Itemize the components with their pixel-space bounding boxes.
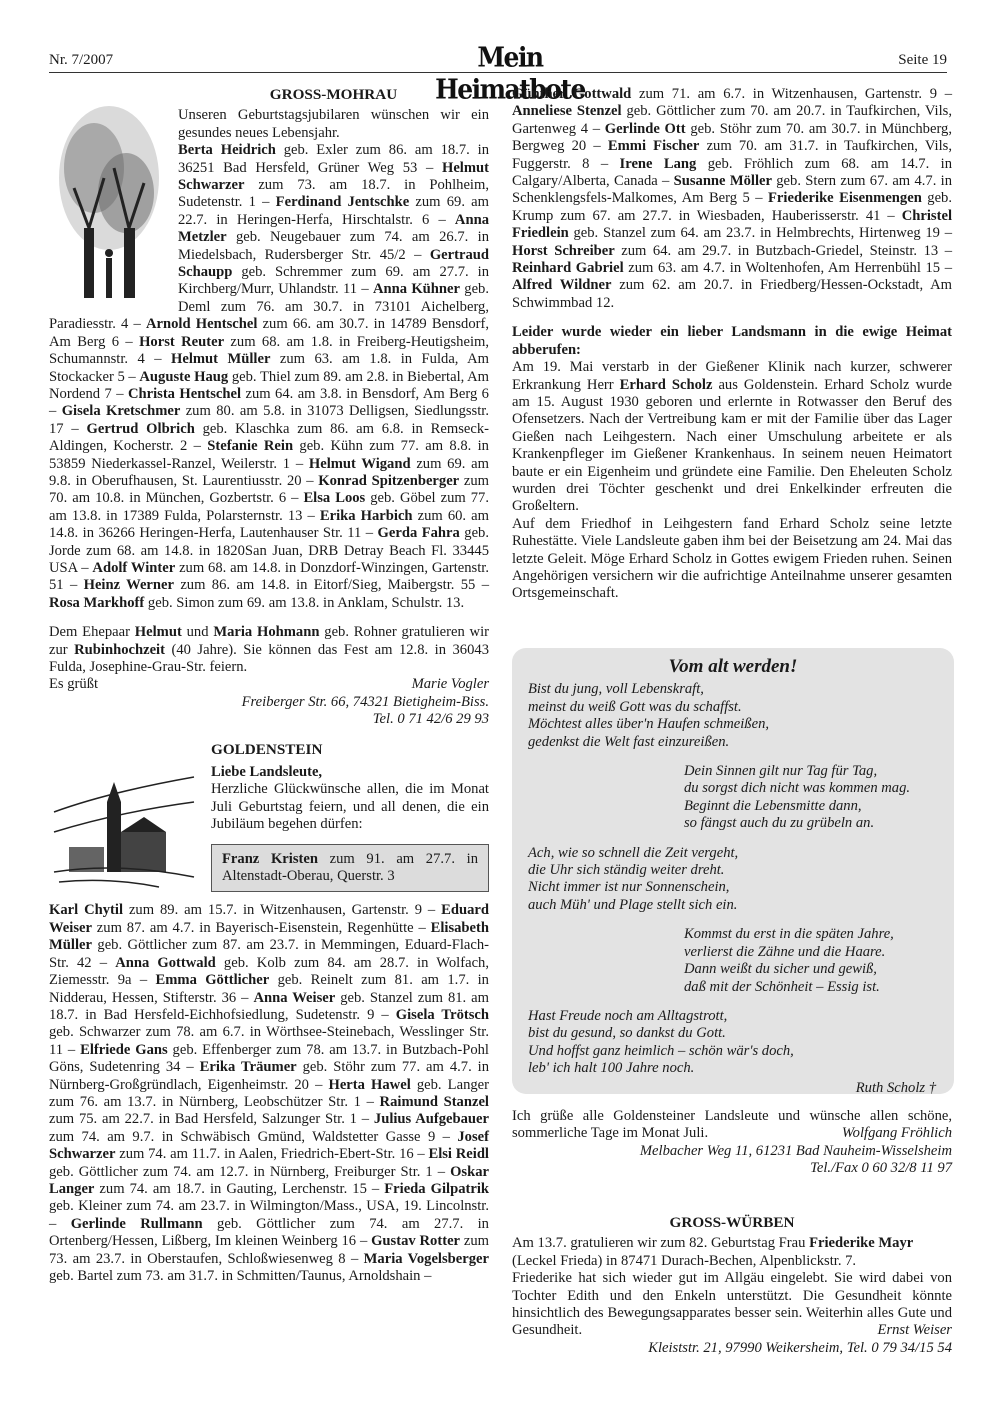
person-name: Elfriede Gans	[80, 1042, 168, 1058]
person-name: Gertrud Olbrich	[86, 421, 194, 437]
person-name: Gustav Rotter	[371, 1233, 460, 1249]
person-name: Gisela Kretschmer	[62, 403, 181, 419]
person-name: Heinz Werner	[84, 577, 174, 593]
person-name: Helmut Müller	[171, 351, 270, 367]
person-name: Frieda Gilpatrik	[384, 1181, 489, 1197]
person-name: Reinhard Gabriel	[512, 260, 624, 276]
person-name: Raimund Stanzel	[380, 1094, 489, 1110]
birthday-details: zum 75. am 22.7. in Bad Hersfeld, Salzun…	[49, 1111, 374, 1127]
person-name: Elsi Reidl	[428, 1146, 489, 1162]
person-name: Anna Kühner	[373, 281, 460, 297]
gross-wuerben-greeting: Am 13.7. gratulieren wir zum 82. Geburts…	[512, 1235, 952, 1270]
person-name: Friederike Eisenmengen	[768, 190, 922, 206]
person-name: Irene Lang	[620, 156, 697, 172]
highlight-box: Franz Kristen zum 91. am 27.7. in Altens…	[211, 844, 489, 893]
poem-stanza: Kommst du erst in die späten Jahre,verli…	[684, 926, 954, 996]
birthday-details: zum 74. am 18.7. in Gauting, Lerchenstr.…	[94, 1181, 384, 1197]
poem-stanza: Hast Freude noch am Alltagstrott,bist du…	[528, 1008, 954, 1078]
person-name: Horst Schreiber	[512, 243, 615, 259]
signer-address: Kleiststr. 21, 97990 Weikersheim, Tel. 0…	[512, 1340, 952, 1357]
person-name: Julius Aufgebauer	[374, 1111, 489, 1127]
signer-address: Melbacher Weg 11, 61231 Bad Nauheim-Wiss…	[512, 1143, 952, 1160]
person-name: Anna Gottwald	[115, 955, 216, 971]
right-column: Günther Gottwald zum 71. am 6.7. in Witz…	[512, 86, 952, 603]
birthday-details: zum 89. am 15.7. in Witzenhausen, Garten…	[123, 902, 441, 918]
birthday-details: geb. Bartel zum 73. am 31.7. in Schmitte…	[49, 1268, 431, 1284]
person-name: Arnold Hentschel	[146, 316, 257, 332]
obituary-paragraph-1: Am 19. Mai verstarb in der Gießener Klin…	[512, 359, 952, 516]
issue-number: Nr. 7/2007	[49, 52, 113, 69]
birthday-details: geb. Göttlicher zum 74. am 12.7. in Nürn…	[49, 1164, 450, 1180]
poem-author: Ruth Scholz †	[512, 1080, 936, 1097]
birthday-details: zum 87. am 4.7. in Bayerisch-Eisenstein,…	[92, 920, 431, 936]
signer-phone: Tel. 0 71 42/6 29 93	[49, 711, 489, 728]
person-name: Gerda Fahra	[378, 525, 460, 541]
person-name: Gisela Trötsch	[396, 1007, 489, 1023]
signer-phone: Tel./Fax 0 60 32/8 11 97	[512, 1160, 952, 1177]
left-column: GROSS-MOHRAU Unseren Geburtstagsjubilare…	[49, 86, 489, 1285]
goldenstein-birthday-list: Karl Chytil zum 89. am 15.7. in Witzenha…	[49, 902, 489, 1285]
poem-title: Vom alt werden!	[512, 658, 954, 675]
person-name: Berta Heidrich	[178, 142, 276, 158]
person-name: Auguste Haug	[139, 369, 228, 385]
birthday-details: zum 63. am 4.7. in Woltenhofen, Am Herre…	[624, 260, 952, 276]
obituary-paragraph-2: Auf dem Friedhof in Leihgestern fand Erh…	[512, 516, 952, 603]
person-name: Alfred Wildner	[512, 277, 611, 293]
person-name: Herta Hawel	[328, 1077, 410, 1093]
person-name: Susanne Möller	[674, 173, 772, 189]
obituary-heading: Leider wurde wieder ein lieber Landsmann…	[512, 324, 952, 359]
person-name: Anneliese Stenzel	[512, 103, 622, 119]
signer-name: Marie Vogler	[412, 676, 489, 693]
poem-stanza: Dein Sinnen gilt nur Tag für Tag,du sorg…	[684, 763, 954, 833]
person-name: Rosa Markhoff	[49, 595, 144, 611]
poem-stanza: Bist du jung, voll Lebenskraft,meinst du…	[528, 681, 954, 751]
person-name: Konrad Spitzenberger	[318, 473, 459, 489]
person-name: Ferdinand Jentschke	[276, 194, 410, 210]
gross-wuerben-section: GROSS-WÜRBEN Am 13.7. gratulieren wir zu…	[512, 1214, 952, 1357]
church-illustration-icon	[49, 772, 199, 892]
birthday-details: zum 71. am 6.7. in Witzenhausen, Gartens…	[631, 86, 952, 102]
header-rule	[49, 72, 947, 73]
signer-address: Freiberger Str. 66, 74321 Bietigheim-Bis…	[49, 694, 489, 711]
greeting: Es grüßt	[49, 676, 98, 693]
birthday-details: geb. Simon zum 69. am 13.8. in Anklam, S…	[144, 595, 464, 611]
person-name: Erika Harbich	[320, 508, 413, 524]
poem-box: Vom alt werden! Bist du jung, voll Leben…	[512, 648, 954, 1094]
birthday-details: zum 74. am 11.7. in Aalen, Friedrich-Ebe…	[115, 1146, 428, 1162]
person-name: Erika Träumer	[200, 1059, 297, 1075]
person-name: Stefanie Rein	[207, 438, 293, 454]
person-name: Günther Gottwald	[512, 86, 631, 102]
person-name: Horst Reuter	[139, 334, 224, 350]
section-title-goldenstein: GOLDENSTEIN	[199, 741, 489, 758]
person-name: Helmut Wigand	[309, 456, 411, 472]
goldenstein-closing: Ich grüße alle Goldensteiner Landsleute …	[512, 1108, 952, 1178]
person-name: Gerlinde Rullmann	[71, 1216, 203, 1232]
goldenstein-birthday-list-continued: Günther Gottwald zum 71. am 6.7. in Witz…	[512, 86, 952, 312]
person-name: Maria Vogelsberger	[364, 1251, 489, 1267]
person-name: Elsa Loos	[303, 490, 365, 506]
person-name: Karl Chytil	[49, 902, 123, 918]
section-title-gross-wuerben: GROSS-WÜRBEN	[512, 1214, 952, 1231]
birthday-details: zum 64. am 29.7. in Butzbach-Griedel, St…	[615, 243, 952, 259]
tree-illustration-icon	[54, 98, 164, 303]
birthday-details: geb. Stanzel zum 64. am 23.7. in Helmbre…	[569, 225, 952, 241]
person-name: Anna Weiser	[253, 990, 335, 1006]
page-number: Seite 19	[898, 52, 947, 69]
person-name: Emma Göttlicher	[156, 972, 270, 988]
person-name: Gerlinde Ott	[605, 121, 686, 137]
poem-stanza: Ach, wie so schnell die Zeit vergeht,die…	[528, 845, 954, 915]
person-name: Adolf Winter	[92, 560, 175, 576]
person-name: Emmi Fischer	[608, 138, 700, 154]
gross-mohrau-signature: Es grüßt Marie Vogler	[49, 676, 489, 693]
person-name: Christa Hentschel	[128, 386, 241, 402]
wedding-anniversary-note: Dem Ehepaar Helmut und Maria Hohmann geb…	[49, 624, 489, 676]
birthday-details: zum 74. am 9.7. in Schwäbisch Gmünd, Wal…	[49, 1129, 457, 1145]
birthday-details: zum 86. am 14.8. in Eitorf/Sieg, Maiberg…	[174, 577, 489, 593]
